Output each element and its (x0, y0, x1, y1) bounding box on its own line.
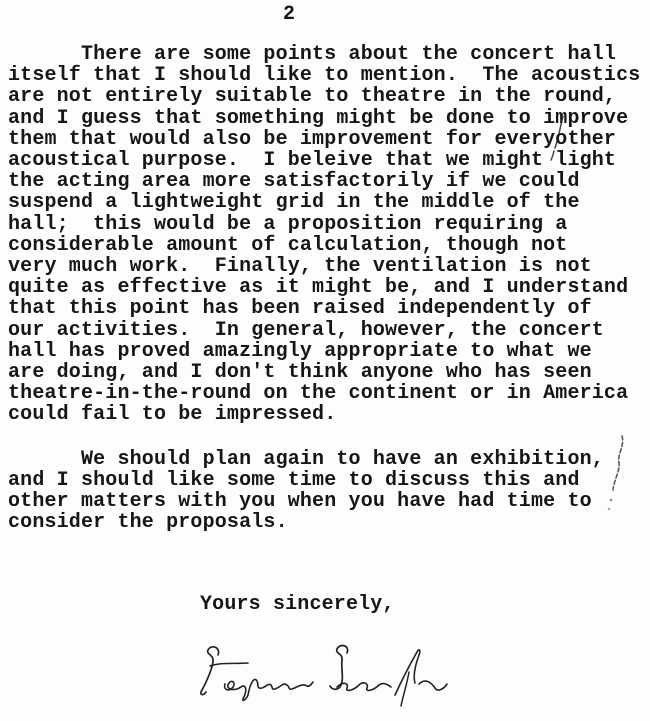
signature-name: Stephen Joseph (0, 0, 1, 1)
signature-handwriting (195, 640, 465, 718)
pen-slash-annotation (548, 113, 568, 163)
paragraph-concert-hall: There are some points about the concert … (8, 44, 648, 426)
pen-margin-stroke (601, 430, 629, 520)
paragraph-exhibition: We should plan again to have an exhibiti… (8, 449, 648, 534)
letter-page: 2 There are some points about the concer… (0, 0, 650, 721)
page-number: 2 (283, 4, 295, 25)
closing-salutation: Yours sincerely, (200, 594, 395, 615)
